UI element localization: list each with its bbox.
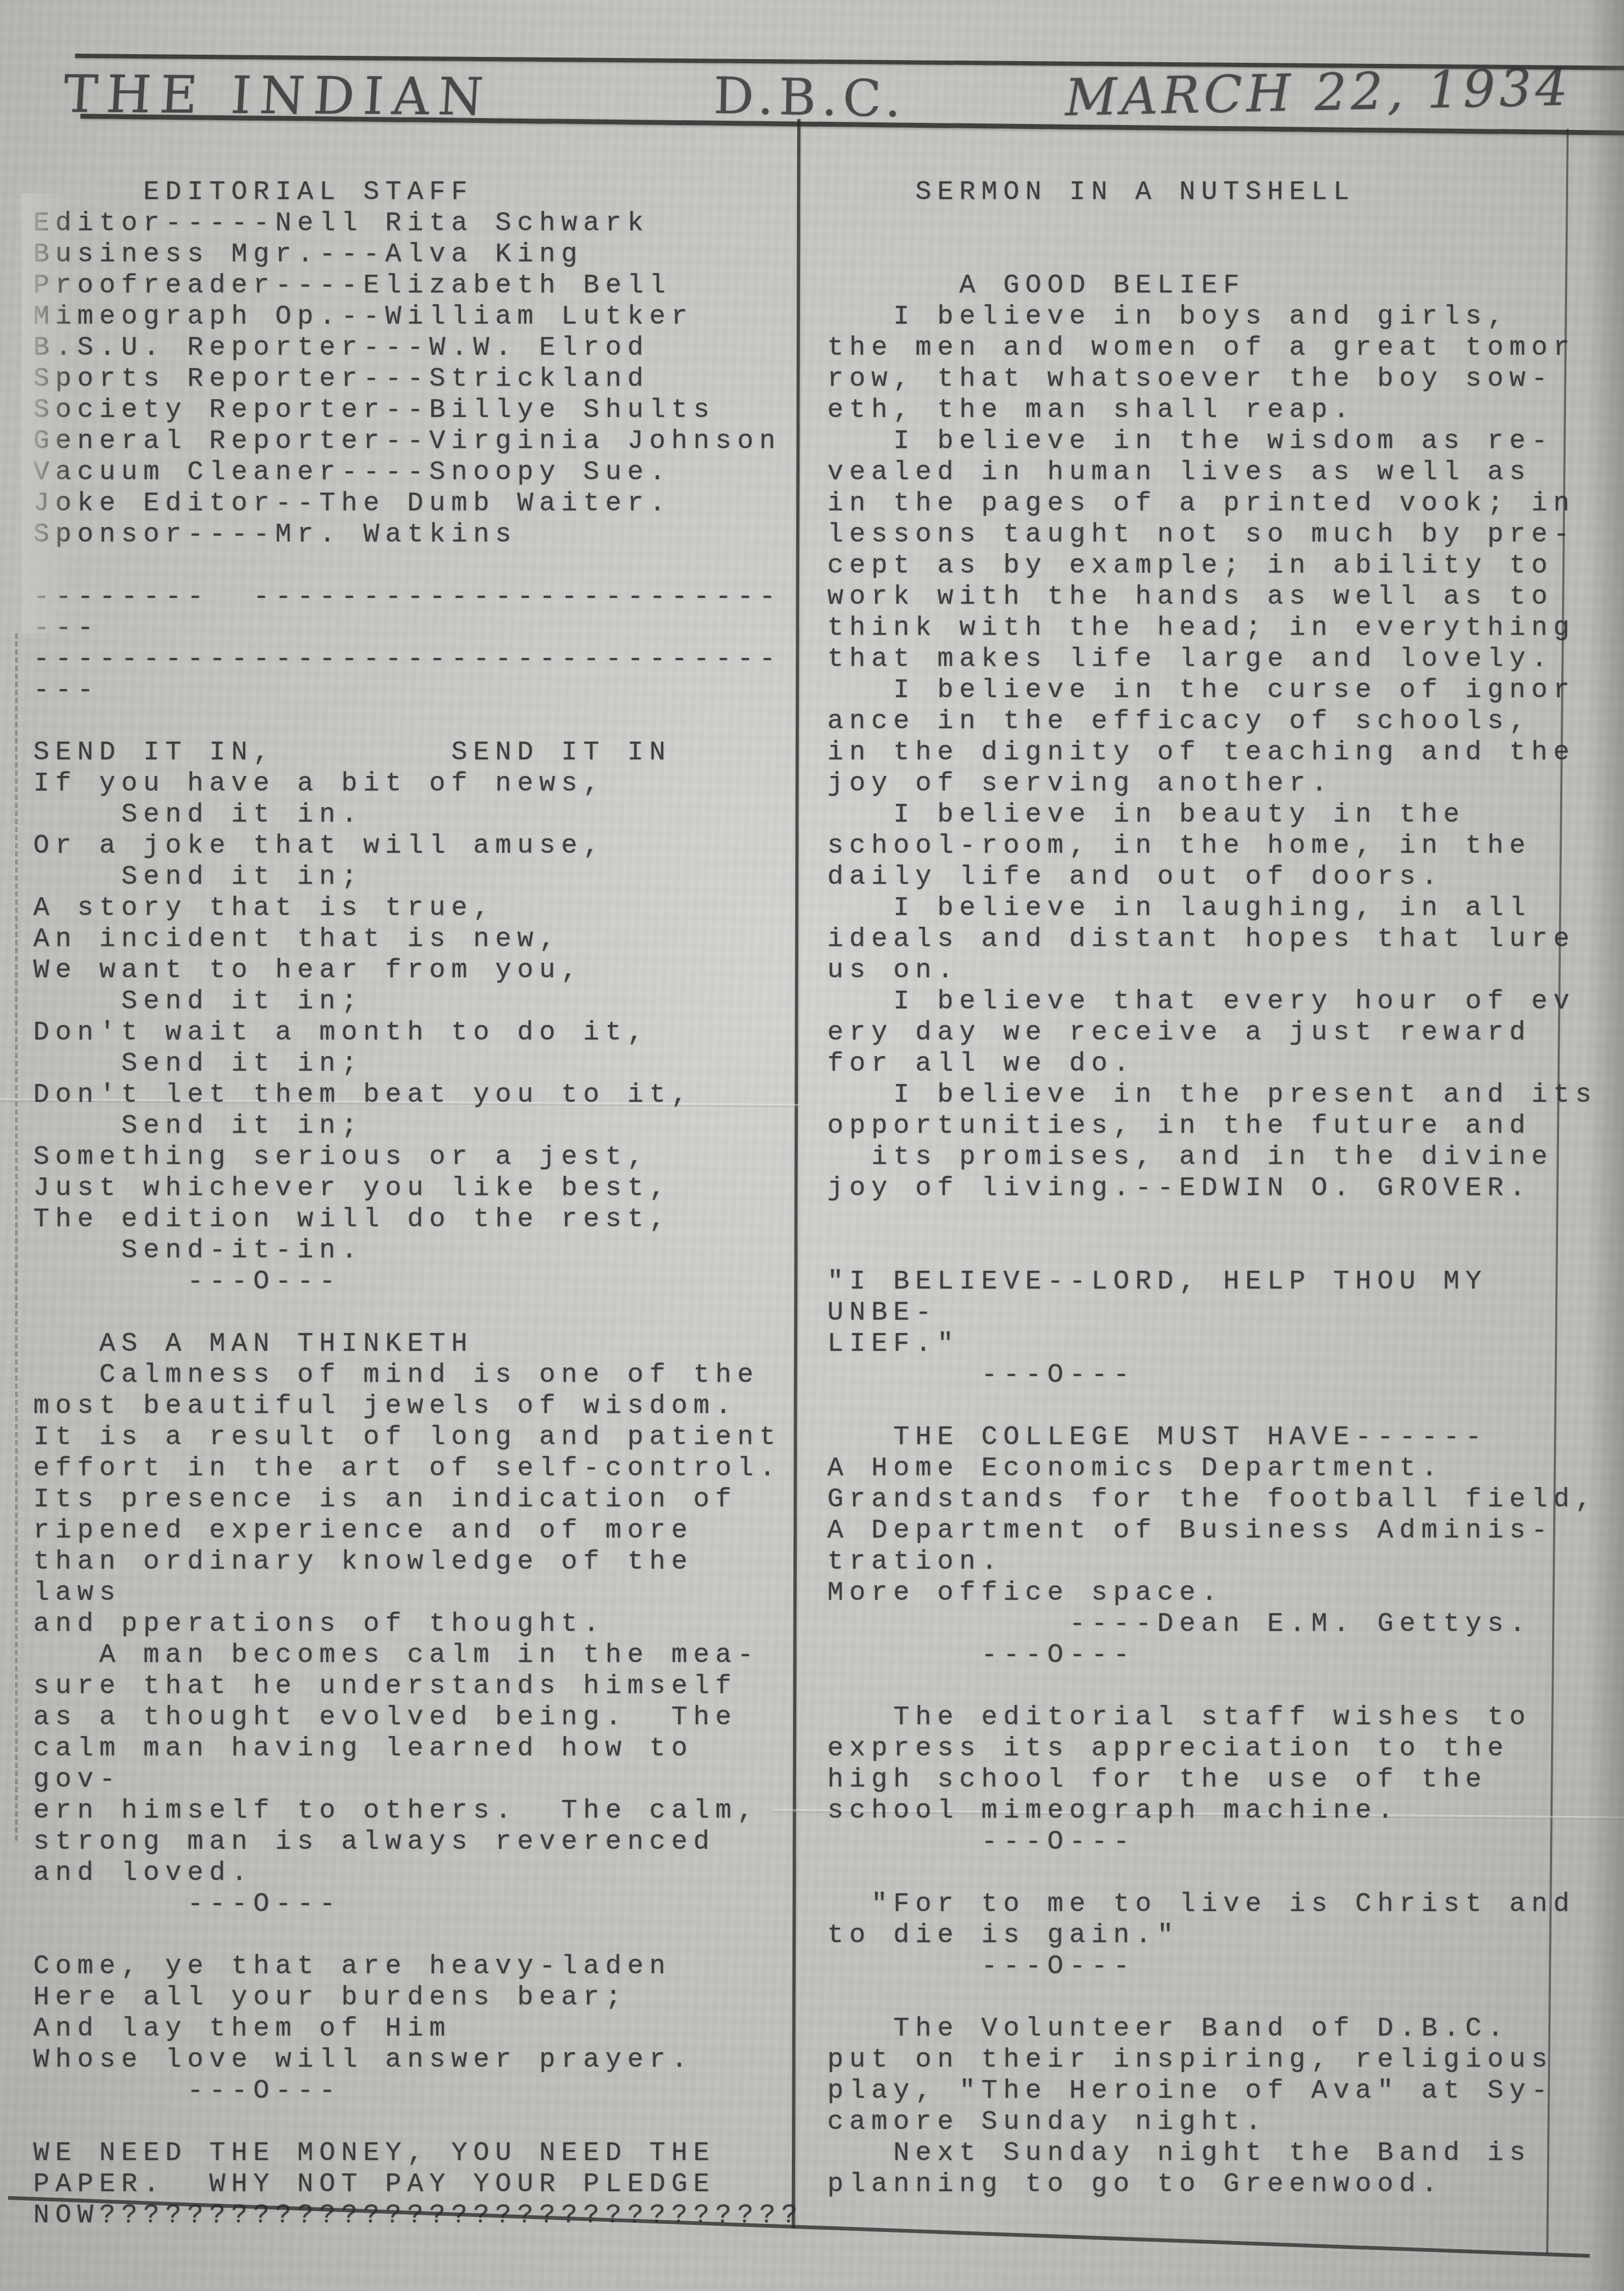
scanned-newspaper-page: { "colors": { "paper": "#c7c6c3", "ink":… xyxy=(0,0,1624,2291)
masthead-title: THE INDIAN xyxy=(62,64,494,127)
dashed-separator: -------- --------------------------- xyxy=(33,582,802,644)
right-column: SERMON IN A NUTSHELL A GOOD BELIEF I bel… xyxy=(827,177,1613,2231)
left-column: EDITORIAL STAFF Editor-----Nell Rita Sch… xyxy=(33,177,802,2263)
hymn-verse: Come, ye that are heavy-laden Here all y… xyxy=(33,1951,802,2107)
scripture-quote: "For to me to live is Christ and to die … xyxy=(827,1889,1613,1982)
masthead-center-label: D.B.C. xyxy=(713,67,907,129)
left-fold-mark xyxy=(15,633,18,1841)
sermon-heading: SERMON IN A NUTSHELL xyxy=(827,177,1613,208)
send-it-in-poem: SEND IT IN, SEND IT IN If you have a bit… xyxy=(33,737,802,1298)
as-a-man-thinketh-heading: AS A MAN THINKETH xyxy=(33,1329,802,1360)
editorial-staff-list: Editor-----Nell Rita Schwark Business Mg… xyxy=(33,208,802,551)
volunteer-band-news: The Volunteer Band of D.B.C. put on thei… xyxy=(827,2014,1613,2200)
good-belief-heading: A GOOD BELIEF xyxy=(827,270,1613,302)
masthead-date: MARCH 22, 1934 xyxy=(1064,58,1572,128)
as-a-man-thinketh-body: Calmness of mind is one of the most beau… xyxy=(33,1360,802,1920)
scan-fade-artifact xyxy=(21,193,72,633)
good-belief-body: I believe in boys and girls, the men and… xyxy=(827,302,1613,1204)
pledge-notice: WE NEED THE MONEY, YOU NEED THE PAPER. W… xyxy=(33,2138,802,2231)
dashed-separator: ------------------------------------- xyxy=(33,644,802,706)
unbelief-quote: "I BELIEVE--LORD, HELP THOU MY UNBE- LIE… xyxy=(827,1267,1613,1391)
staff-appreciation-note: The editorial staff wishes to express it… xyxy=(827,1702,1613,1858)
college-needs-list: THE COLLEGE MUST HAVE------ A Home Econo… xyxy=(827,1422,1613,1671)
editorial-staff-heading: EDITORIAL STAFF xyxy=(33,177,802,208)
